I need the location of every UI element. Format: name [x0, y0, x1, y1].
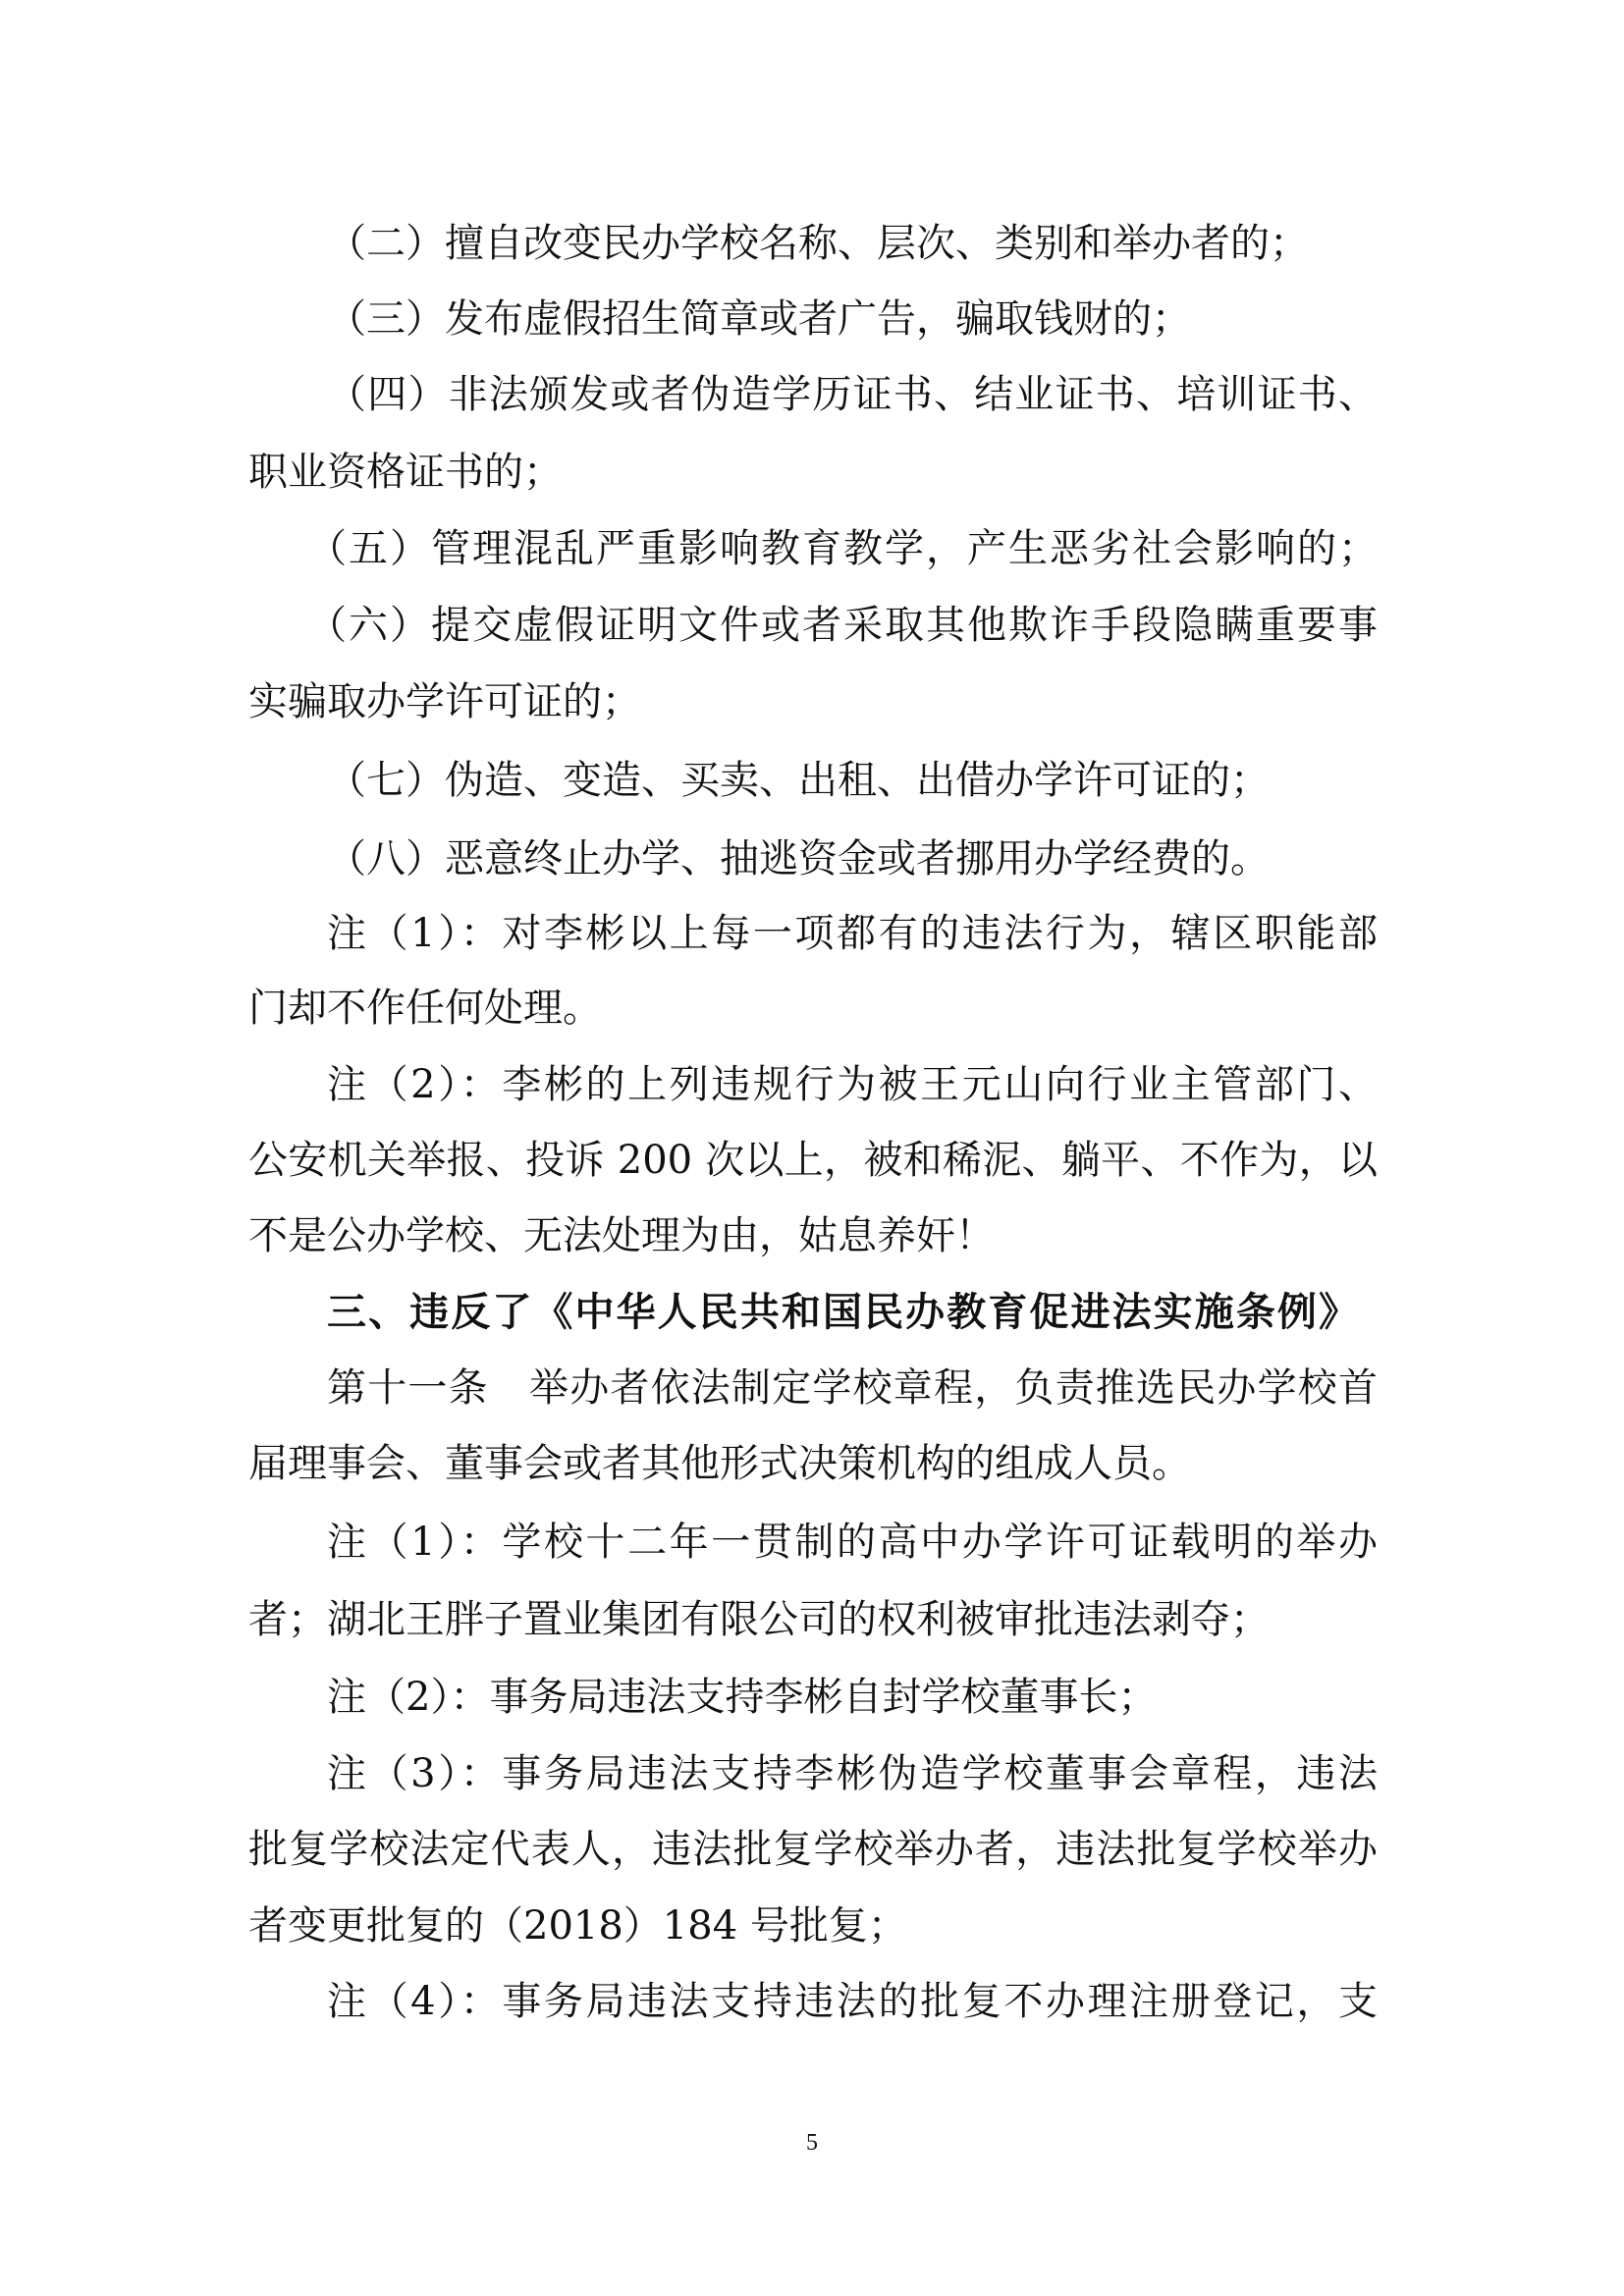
text-line: （八）恶意终止办学、抽逃资金或者挪用办学经费的。: [327, 835, 1270, 882]
text-line: （三）发布虚假招生简章或者广告，骗取钱财的；: [327, 295, 1191, 343]
text-line: （五）管理混乱严重影响教育教学，产生恶劣社会影响的；: [307, 525, 1378, 572]
page-number: 5: [0, 2128, 1624, 2158]
text-line: 注（4）：事务局违法支持违法的批复不办理注册登记，支: [327, 1978, 1378, 2025]
text-line: 公安机关举报、投诉 200 次以上，被和稀泥、躺平、不作为，以: [248, 1137, 1378, 1184]
text-line: 实骗取办学许可证的；: [248, 678, 641, 725]
text-line: 者变更批复的（2018）184 号批复；: [248, 1902, 907, 1949]
text-line: （六）提交虚假证明文件或者采取其他欺诈手段隐瞒重要事: [307, 602, 1378, 649]
text-line: 注（3）：事务局违法支持李彬伪造学校董事会章程，违法: [327, 1750, 1378, 1797]
text-line: （七）伪造、变造、买卖、出租、出借办学许可证的；: [327, 757, 1270, 804]
document-page: （二）擅自改变民办学校名称、层次、类别和举办者的；（三）发布虚假招生简章或者广告…: [0, 0, 1624, 2296]
text-line: 职业资格证书的；: [248, 449, 563, 496]
text-line: 第十一条 举办者依法制定学校章程，负责推选民办学校首: [327, 1364, 1378, 1412]
text-line: 者；湖北王胖子置业集团有限公司的权利被审批违法剥夺；: [248, 1596, 1270, 1643]
text-line: 批复学校法定代表人，违法批复学校举办者，违法批复学校举办: [248, 1826, 1378, 1873]
text-line: 注（1）：对李彬以上每一项都有的违法行为，辖区职能部: [327, 910, 1378, 957]
text-line: （二）擅自改变民办学校名称、层次、类别和举办者的；: [327, 220, 1309, 267]
text-line: 注（1）：学校十二年一贯制的高中办学许可证载明的举办: [327, 1519, 1378, 1566]
text-line: 门却不作任何处理。: [248, 985, 602, 1032]
text-line: 不是公办学校、无法处理为由，姑息养奸！: [248, 1212, 995, 1259]
text-line: 注（2）：事务局违法支持李彬自封学校董事长；: [327, 1674, 1157, 1721]
text-line: （四）非法颁发或者伪造学历证书、结业证书、培训证书、: [327, 371, 1378, 418]
section-heading: 三、违反了《中华人民共和国民办教育促进法实施条例》: [327, 1289, 1358, 1336]
text-line: 注（2）：李彬的上列违规行为被王元山向行业主管部门、: [327, 1061, 1378, 1108]
text-line: 届理事会、董事会或者其他形式决策机构的组成人员。: [248, 1440, 1191, 1487]
